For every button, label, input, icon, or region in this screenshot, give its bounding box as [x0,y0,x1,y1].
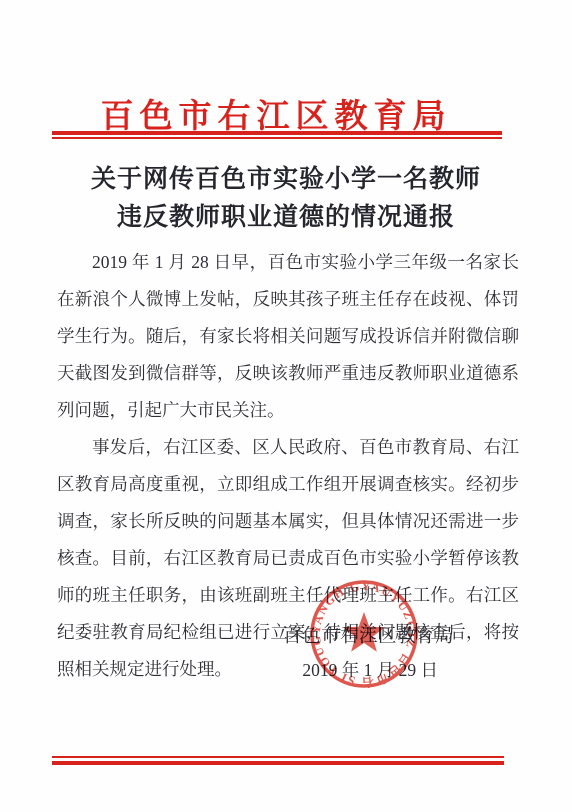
document-title: 关于网传百色市实验小学一名教师 违反教师职业道德的情况通报 [0,161,572,237]
signature-date: 2019 年 1 月 29 日 [283,654,454,687]
letterhead-divider [52,131,502,139]
letterhead-divider-thin-line [52,137,502,139]
document-page: 百色市右江区教育局 关于网传百色市实验小学一名教师 违反教师职业道德的情况通报 … [0,0,572,812]
document-title-line1: 关于网传百色市实验小学一名教师 [0,161,572,199]
footer-divider-thin-line [52,756,504,758]
letterhead-title: 百色市右江区教育局 [0,90,562,137]
letterhead-divider-thick-line [52,131,502,135]
body-paragraph-1: 2019 年 1 月 28 日早，百色市实验小学三年级一名家长在新浪个人微博上发… [57,244,519,429]
footer-divider-thick-line [52,761,504,765]
signature-block: 百色市右江区教育局 2019 年 1 月 29 日 [283,621,454,687]
footer-divider [52,756,504,765]
document-title-line2: 违反教师职业道德的情况通报 [0,199,572,237]
signature-org: 百色市右江区教育局 [283,621,454,654]
